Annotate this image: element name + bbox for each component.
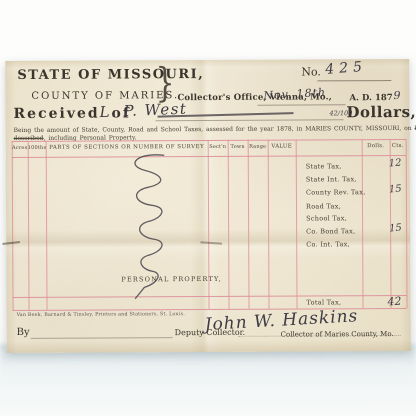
year-written: 9	[393, 89, 400, 102]
tax-row-amount-written: 15	[389, 184, 403, 196]
receipt-number-underline	[317, 80, 391, 81]
date-underline	[257, 104, 345, 105]
tax-row-label: State Int. Tax,	[306, 175, 357, 183]
col-header-acres: Acres	[12, 145, 28, 151]
state-title: STATE OF MISSOURI,	[17, 67, 204, 83]
by-signature-line	[31, 337, 173, 339]
payer-line	[156, 119, 344, 121]
fold-crease-mark	[200, 241, 222, 244]
by-label: By	[17, 327, 30, 338]
printer-imprint: Van Beek, Barnard & Tinsley, Printers an…	[17, 312, 185, 318]
being-text-1: Being the amount of State, County, Road …	[14, 125, 415, 134]
collector-of-county-label: Collector of Maries County, Mo.	[281, 330, 394, 339]
tax-row-label: Co. Int. Tax,	[306, 240, 350, 248]
receipt-number-value: 425	[325, 59, 368, 78]
col-header-dolls: Dolls.	[362, 143, 390, 149]
table-vline	[268, 140, 270, 309]
tax-row-label: School Tax,	[306, 214, 347, 222]
col-header-range: Range	[248, 144, 268, 150]
total-tax-label: Total Tax,	[306, 298, 341, 306]
tax-row-label: Co. Bond Tax,	[306, 227, 355, 235]
header-brace: }	[155, 61, 174, 105]
tax-row-label: Road Tax,	[306, 202, 341, 210]
col-header-100ths: 100ths	[28, 145, 46, 151]
being-amount-line-1: Being the amount of State, County, Road …	[14, 125, 416, 134]
table-vline	[12, 141, 14, 310]
col-header-value: VALUE	[268, 144, 296, 150]
col-header-parts-of-sections: PARTS OF SECTIONS OR NUMBER OF SURVEY	[46, 144, 208, 151]
payer-name-written: L. P. West	[99, 100, 188, 122]
table-vline	[28, 141, 30, 310]
table-vline	[362, 139, 364, 308]
receipt-number-label: No.	[301, 65, 321, 78]
personal-property-label: PERSONAL PROPERTY,	[121, 275, 222, 284]
table-vline	[46, 141, 48, 310]
col-header-section: Sect'n	[208, 144, 228, 150]
table-vline	[296, 140, 298, 309]
tax-row-amount-written: 12	[388, 158, 402, 170]
dollars-label: Dollars,	[346, 103, 416, 121]
table-vline	[228, 140, 230, 309]
total-tax-amount-written: 42	[387, 295, 402, 309]
table-vline	[406, 139, 408, 308]
table-vline	[208, 140, 210, 309]
tax-receipt-document: STATE OF MISSOURI, COUNTY OF MARIES. } N…	[5, 59, 411, 353]
col-header-cts: Cts.	[390, 143, 406, 149]
col-header-town: Town	[228, 144, 248, 150]
tax-row-label: State Tax,	[306, 162, 342, 170]
tax-row-amount-written: 15	[389, 223, 403, 235]
anno-domini-label: A. D. 187	[349, 93, 392, 103]
tax-row-label: County Rev. Tax,	[306, 188, 366, 196]
fold-crease-mark	[2, 241, 20, 245]
table-vline	[248, 140, 250, 309]
